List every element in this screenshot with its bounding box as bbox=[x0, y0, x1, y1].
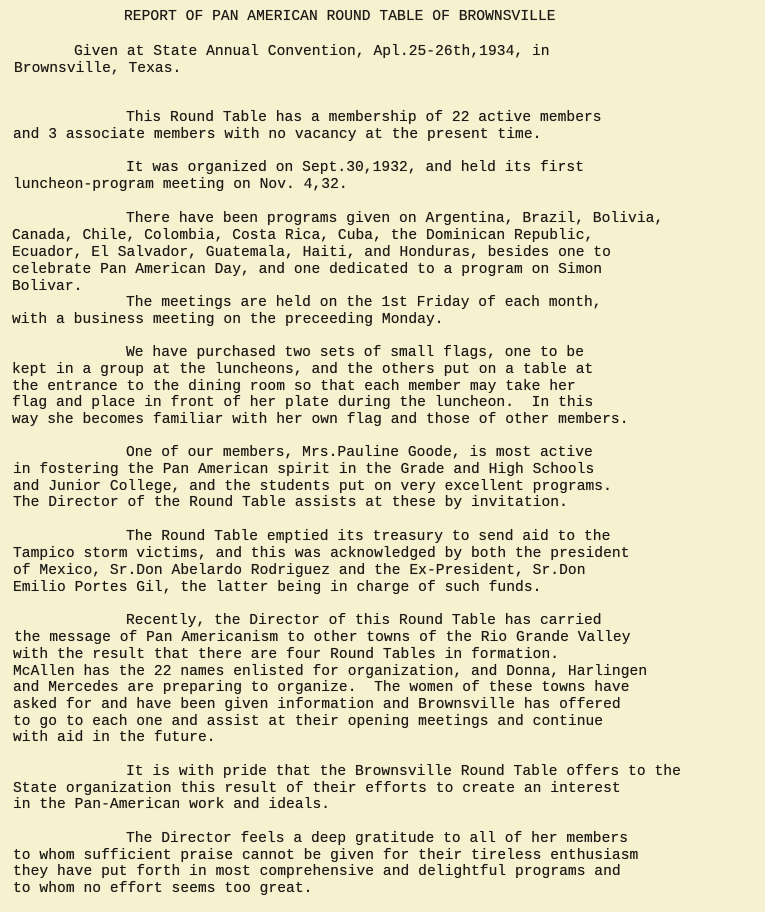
paragraph-line: and 3 associate members with no vacancy … bbox=[13, 127, 541, 143]
paragraph-line: to whom no effort seems too great. bbox=[13, 881, 312, 897]
subtitle-line: Brownsville, Texas. bbox=[14, 61, 181, 77]
paragraph-line: Ecuador, El Salvador, Guatemala, Haiti, … bbox=[12, 245, 611, 261]
paragraph-line: One of our members, Mrs.Pauline Goode, i… bbox=[126, 445, 593, 461]
paragraph-line: Emilio Portes Gil, the latter being in c… bbox=[13, 580, 541, 596]
paragraph-line: Recently, the Director of this Round Tab… bbox=[126, 613, 602, 629]
paragraph-line: they have put forth in most comprehensiv… bbox=[13, 864, 621, 880]
paragraph-line: It is with pride that the Brownsville Ro… bbox=[126, 764, 681, 780]
paragraph-line: There have been programs given on Argent… bbox=[126, 211, 663, 227]
paragraph-line: This Round Table has a membership of 22 … bbox=[126, 110, 602, 126]
paragraph-line: The Director of the Round Table assists … bbox=[13, 495, 568, 511]
paragraph-line: and Junior College, and the students put… bbox=[13, 479, 612, 495]
paragraph-line: Bolivar. bbox=[12, 279, 82, 295]
paragraph-line: and Mercedes are preparing to organize. … bbox=[13, 680, 630, 696]
document-title: REPORT OF PAN AMERICAN ROUND TABLE OF BR… bbox=[124, 9, 556, 25]
paragraph-line: The Round Table emptied its treasury to … bbox=[126, 529, 610, 545]
paragraph-line: luncheon-program meeting on Nov. 4,32. bbox=[13, 177, 348, 193]
paragraph-line: The meetings are held on the 1st Friday … bbox=[126, 295, 602, 311]
paragraph-line: to whom sufficient praise cannot be give… bbox=[13, 848, 638, 864]
paragraph-line: State organization this result of their … bbox=[13, 781, 621, 797]
paragraph-line: with a business meeting on the preceedin… bbox=[12, 312, 444, 328]
typewritten-report-page: REPORT OF PAN AMERICAN ROUND TABLE OF BR… bbox=[0, 0, 765, 912]
paragraph-line: with aid in the future. bbox=[13, 730, 216, 746]
subtitle-line: Given at State Annual Convention, Apl.25… bbox=[74, 44, 550, 60]
paragraph-line: asked for and have been given informatio… bbox=[13, 697, 621, 713]
paragraph-line: the message of Pan Americanism to other … bbox=[14, 630, 631, 646]
paragraph-line: We have purchased two sets of small flag… bbox=[126, 345, 584, 361]
paragraph-line: of Mexico, Sr.Don Abelardo Rodriguez and… bbox=[13, 563, 586, 579]
paragraph-line: McAllen has the 22 names enlisted for or… bbox=[13, 664, 647, 680]
paragraph-line: in the Pan-American work and ideals. bbox=[13, 797, 330, 813]
paragraph-line: Canada, Chile, Colombia, Costa Rica, Cub… bbox=[12, 228, 593, 244]
paragraph-line: Tampico storm victims, and this was ackn… bbox=[13, 546, 630, 562]
paragraph-line: with the result that there are four Roun… bbox=[13, 647, 559, 663]
paragraph-line: celebrate Pan American Day, and one dedi… bbox=[12, 262, 602, 278]
paragraph-line: It was organized on Sept.30,1932, and he… bbox=[126, 160, 584, 176]
paragraph-line: way she becomes familiar with her own fl… bbox=[12, 412, 629, 428]
paragraph-line: to go to each one and assist at their op… bbox=[13, 714, 603, 730]
paragraph-line: kept in a group at the luncheons, and th… bbox=[12, 362, 593, 378]
paragraph-line: in fostering the Pan American spirit in … bbox=[13, 462, 594, 478]
paragraph-line: the entrance to the dining room so that … bbox=[12, 379, 576, 395]
paragraph-line: flag and place in front of her plate dur… bbox=[12, 395, 593, 411]
paragraph-line: The Director feels a deep gratitude to a… bbox=[126, 831, 628, 847]
